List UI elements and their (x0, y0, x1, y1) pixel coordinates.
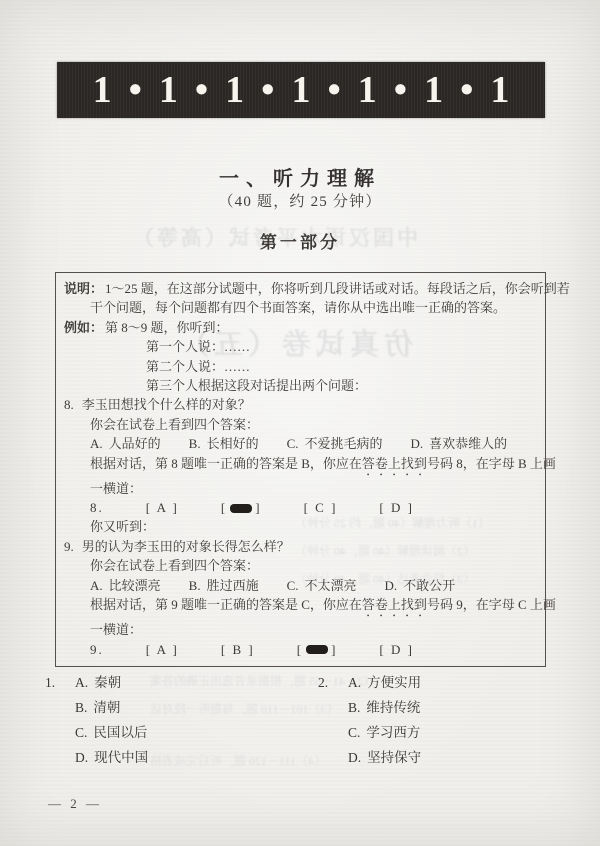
option-text: 喜欢恭维人的 (429, 436, 507, 451)
example-answer-row-9: 9. [ A ] [ B ] [] [ D ] (90, 640, 537, 659)
option-text: 方便实用 (367, 675, 421, 690)
example-8-see-line: 你会在试卷上看到四个答案： (90, 415, 537, 434)
example-9-option-d: D.不敢公开 (385, 576, 456, 595)
example-9-option-b: B.胜过西施 (189, 576, 259, 595)
question-1-option-d: D.现代中国 (45, 745, 148, 770)
answer-row-8-number: 8. (90, 498, 104, 517)
shuoming-line-2: 干个问题，每个问题都有四个书面答案，请你从中选出唯一正确的答案。 (90, 298, 537, 317)
speaker-line-1: 第一个人说：…… (146, 337, 537, 356)
question-2-option-c: C.学习西方 (318, 720, 421, 745)
example-9-options: A.比较漂亮 B.胜过西施 C.不太漂亮 D.不敢公开 (90, 576, 537, 595)
option-label: A. (90, 436, 103, 451)
option-label: D. (75, 750, 88, 765)
option-label: C. (75, 725, 87, 740)
question-1-number: 1. (45, 670, 75, 695)
emphasized-text: 答卷上找到 (362, 597, 427, 612)
chapter-banner-pattern: 1•1•1•1•1•1•1 (76, 68, 527, 112)
example-9-explanation: 根据对话，第 9 题唯一正确的答案是 C，你应在答卷上找到号码 9，在字母 C … (90, 595, 537, 620)
option-text: 秦朝 (94, 675, 121, 690)
answer-cell-d: [ D ] (379, 640, 414, 659)
bleedthrough-text: （4）111－120 题，听后完成表格 (150, 752, 326, 769)
answer-cell-c-filled: [] (297, 640, 338, 659)
option-label: A. (348, 675, 361, 690)
option-label: C. (348, 725, 360, 740)
question-1-option-b: B.清朝 (45, 695, 148, 720)
question-2-option-d: D.坚持保守 (318, 745, 421, 770)
shuoming-text-1: 1～25 题，在这部分试题中，你将听到几段讲话或对话。每段话之后，你会听到若 (105, 281, 570, 296)
question-1-option-c: C.民国以后 (45, 720, 148, 745)
option-label: C. (287, 436, 299, 451)
example-8-option-a: A.人品好的 (90, 434, 161, 453)
question-1: 1.A.秦朝 B.清朝 C.民国以后 D.现代中国 (45, 670, 148, 770)
page-number: — 2 — (48, 796, 102, 812)
option-label: B. (75, 700, 87, 715)
chapter-banner: 1•1•1•1•1•1•1 (57, 62, 545, 118)
option-label: A. (75, 675, 88, 690)
option-label: A. (90, 578, 103, 593)
example-9-explanation-cont: 一横道： (90, 620, 537, 639)
option-label: D. (411, 436, 424, 451)
option-text: 长相好的 (207, 436, 259, 451)
answer-cell-a: [ A ] (146, 640, 179, 659)
answer-cell-c: [ C ] (304, 498, 338, 517)
example-question-8-text: 李玉田想找个什么样的对象？ (82, 397, 251, 412)
question-1-option-a: 1.A.秦朝 (45, 670, 148, 695)
example-8-explanation: 根据对话，第 8 题唯一正确的答案是 B，你应在答卷上找到号码 8，在字母 B … (90, 454, 537, 479)
option-text: 维持传统 (366, 700, 420, 715)
option-text: 不爱挑毛病的 (305, 436, 383, 451)
bleedthrough-text: （3）101－110 题，每题听一段对话 (150, 700, 339, 717)
filled-answer-marker-b (230, 504, 252, 513)
example-question-8-number: 8. (64, 397, 74, 412)
example-8-option-d: D.喜欢恭维人的 (411, 434, 508, 453)
example-question-9-text: 男的认为李玉田的对象长得怎么样？ (82, 539, 290, 554)
example-question-9: 9.男的认为李玉田的对象长得怎么样？ (64, 537, 537, 556)
option-text: 清朝 (93, 700, 120, 715)
shuoming-line-1: 说明：1～25 题，在这部分试题中，你将听到几段讲话或对话。每段话之后，你会听到… (64, 279, 537, 298)
question-2-option-b: B.维持传统 (318, 695, 421, 720)
option-text: 现代中国 (94, 750, 148, 765)
option-text: 民国以后 (93, 725, 147, 740)
option-label: D. (348, 750, 361, 765)
explanation-text: 号码 8，在字母 B 上画 (427, 456, 556, 471)
speaker-line-2: 第二个人说：…… (146, 357, 537, 376)
scanned-exam-page: 中国汉语水平考试（高等） 仿真试卷（五） （1）听力理解（40 题，约 25 分… (0, 0, 600, 846)
example-question-9-number: 9. (64, 539, 74, 554)
question-2-number: 2. (318, 670, 348, 695)
section-subtitle: （40 题，约 25 分钟） (0, 190, 600, 211)
answer-cell-d: [ D ] (379, 498, 414, 517)
example-question-8: 8.李玉田想找个什么样的对象？ (64, 395, 537, 414)
speaker-line-3: 第三个人根据这段对话提出两个问题： (146, 376, 537, 395)
emphasized-text: 答卷上找到 (362, 456, 427, 471)
example-8-option-b: B.长相好的 (189, 434, 259, 453)
question-2-option-a: 2.A.方便实用 (318, 670, 421, 695)
liru-line: 例如：第 8～9 题，你听到： (64, 318, 537, 337)
option-text: 不太漂亮 (305, 578, 357, 593)
explanation-text: 号码 9，在字母 C 上画 (427, 597, 556, 612)
option-label: D. (385, 578, 398, 593)
question-2: 2.A.方便实用 B.维持传统 C.学习西方 D.坚持保守 (318, 670, 421, 770)
option-label: B. (348, 700, 360, 715)
option-label: B. (189, 436, 201, 451)
example-8-option-c: C.不爱挑毛病的 (287, 434, 383, 453)
explanation-text: 根据对话，第 9 题唯一正确的答案是 C，你应在 (90, 597, 362, 612)
example-9-option-c: C.不太漂亮 (287, 576, 357, 595)
example-9-see-line: 你会在试卷上看到四个答案： (90, 556, 537, 575)
option-text: 学习西方 (366, 725, 420, 740)
option-text: 比较漂亮 (109, 578, 161, 593)
example-8-explanation-cont: 一横道： (90, 479, 537, 498)
liru-label: 例如： (64, 320, 103, 335)
example-9-option-a: A.比较漂亮 (90, 576, 161, 595)
liru-text: 第 8～9 题，你听到： (105, 320, 229, 335)
option-label: B. (189, 578, 201, 593)
option-text: 胜过西施 (207, 578, 259, 593)
answer-cell-b: [ B ] (221, 640, 255, 659)
part-heading: 第一部分 (0, 228, 600, 253)
answer-cell-b-filled: [] (221, 498, 262, 517)
answer-cell-a: [ A ] (146, 498, 179, 517)
option-label: C. (287, 578, 299, 593)
option-text: 坚持保守 (367, 750, 421, 765)
example-8-options: A.人品好的 B.长相好的 C.不爱挑毛病的 D.喜欢恭维人的 (90, 434, 537, 453)
shuoming-label: 说明： (64, 281, 103, 296)
instructions-box: 说明：1～25 题，在这部分试题中，你将听到几段讲话或对话。每段话之后，你会听到… (55, 272, 546, 667)
explanation-text: 根据对话，第 8 题唯一正确的答案是 B，你应在 (90, 456, 362, 471)
section-title: 一、听力理解 (0, 162, 600, 191)
example-answer-row-8: 8. [ A ] [] [ C ] [ D ] (90, 498, 537, 517)
option-text: 不敢公开 (403, 578, 455, 593)
answer-row-9-number: 9. (90, 640, 104, 659)
option-text: 人品好的 (109, 436, 161, 451)
again-line: 你又听到： (90, 517, 537, 536)
filled-answer-marker-c (306, 645, 328, 654)
